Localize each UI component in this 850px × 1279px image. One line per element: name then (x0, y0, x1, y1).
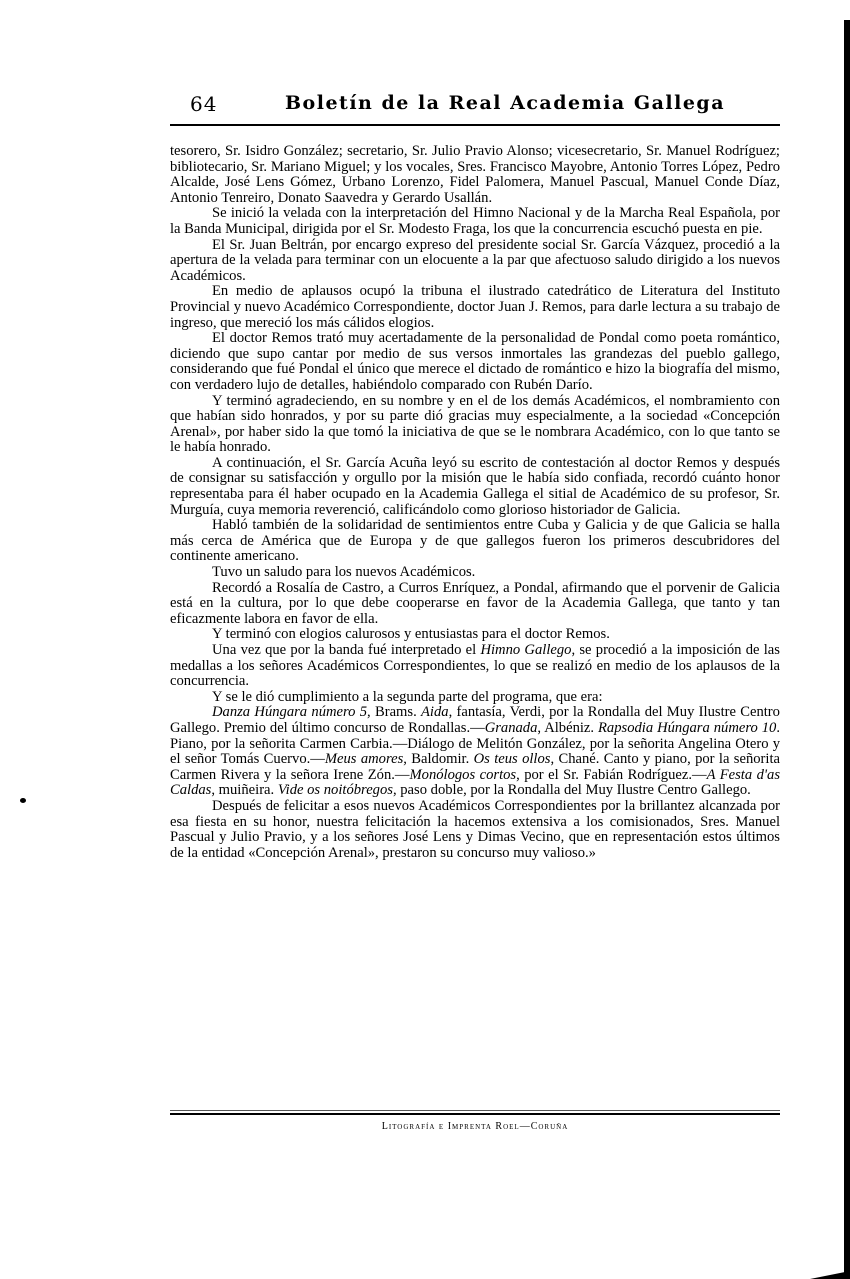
paragraph: Habló también de la solidaridad de senti… (170, 518, 780, 565)
paragraph: Recordó a Rosalía de Castro, a Curros En… (170, 581, 780, 628)
paragraph: En medio de aplausos ocupó la tribuna el… (170, 284, 780, 331)
paragraph: Se inició la velada con la interpretació… (170, 206, 780, 237)
paragraph: Y terminó con elogios calurosos y entusi… (170, 627, 780, 643)
paragraph: El doctor Remos trató muy acertadamente … (170, 331, 780, 393)
scanned-page-edge (844, 20, 850, 1279)
paragraph: Después de felicitar a esos nuevos Acadé… (170, 799, 780, 861)
footer-rule (170, 1113, 780, 1115)
italic-title: Monólogos cortos (409, 767, 516, 783)
paragraph: Una vez que por la banda fué interpretad… (170, 643, 780, 690)
margin-ink-mark (20, 798, 26, 803)
italic-title: Granada (485, 720, 538, 736)
paragraph: tesorero, Sr. Isidro González; secretari… (170, 144, 780, 206)
printer-imprint: Litografía e Imprenta Roel—Coruña (170, 1121, 780, 1132)
paragraph: El Sr. Juan Beltrán, por encargo expreso… (170, 238, 780, 285)
header-rule (170, 124, 780, 126)
footer-rule-thin (170, 1110, 780, 1111)
italic-title: Rapsodia Húngara número 10 (598, 720, 776, 736)
page-number: 64 (190, 92, 217, 116)
italic-title: Aida (421, 704, 449, 720)
paragraph: Tuvo un saludo para los nuevos Académico… (170, 565, 780, 581)
italic-title: Danza Húngara número 5 (212, 704, 367, 720)
text-run: , paso doble, por la Rondalla del Muy Il… (393, 782, 751, 798)
italic-title: Himno Gallego (480, 642, 571, 658)
paragraph: A continuación, el Sr. García Acuña leyó… (170, 456, 780, 518)
page-header: 64 Boletín de la Real Academia Gallega (170, 90, 780, 124)
text-run: , Albéniz. (537, 720, 598, 736)
italic-title: Vide os noitóbregos (278, 782, 393, 798)
text-run: , Brams. (367, 704, 421, 720)
scanned-page-corner (810, 1271, 850, 1279)
paragraph: Y se le dió cumplimiento a la segunda pa… (170, 690, 780, 706)
paragraph: Y terminó agradeciendo, en su nombre y e… (170, 394, 780, 456)
text-run: , muiñeira. (211, 782, 277, 798)
italic-title: Meus amores (325, 751, 403, 767)
article-body: tesorero, Sr. Isidro González; secretari… (170, 144, 780, 861)
italic-title: Os teus ollos (474, 751, 551, 767)
paragraph: Danza Húngara número 5, Brams. Aida, fan… (170, 705, 780, 799)
text-run: Una vez que por la banda fué interpretad… (212, 642, 480, 658)
running-title: Boletín de la Real Academia Gallega (285, 92, 725, 114)
text-run: , por el Sr. Fabián Rodríguez.— (516, 767, 707, 783)
text-run: , Baldomir. (403, 751, 473, 767)
